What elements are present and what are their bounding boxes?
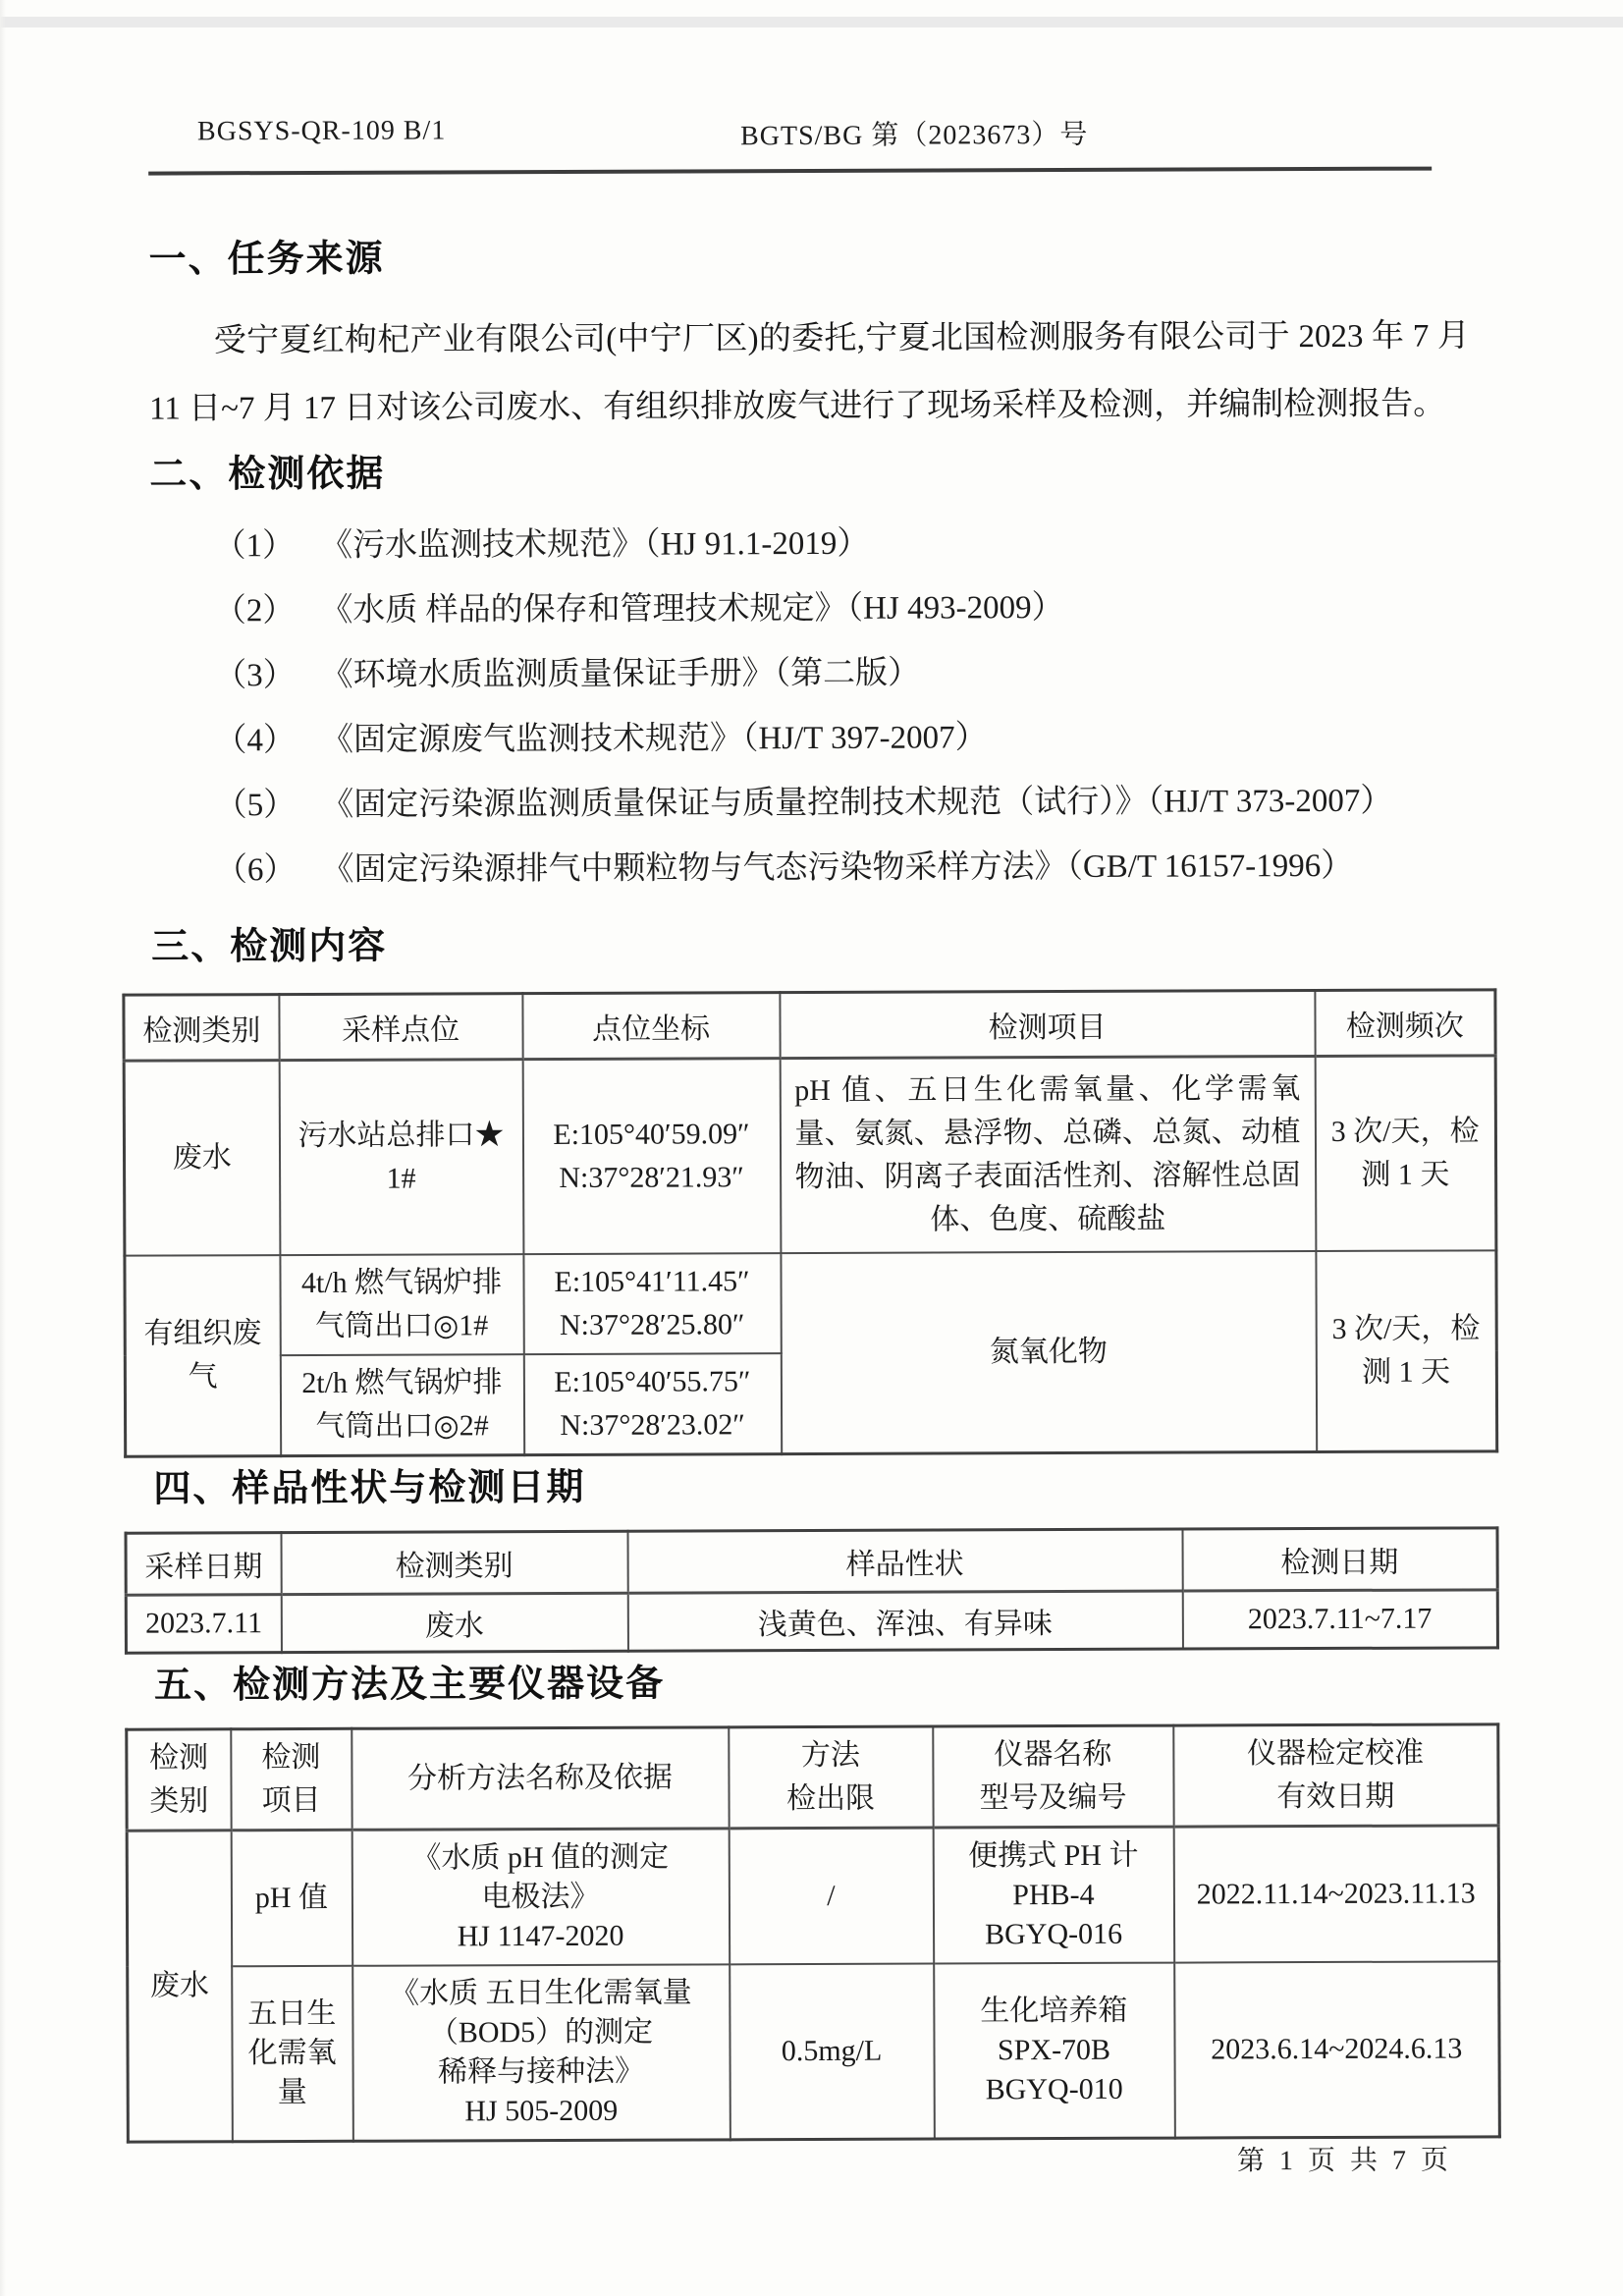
cell-coordinates: E:105°41′11.45″ N:37°28′25.80″ — [523, 1253, 781, 1354]
table-header-row: 检测类别 采样点位 点位坐标 检测项目 检测频次 — [124, 990, 1495, 1061]
cell-sampling-date: 2023.7.11 — [126, 1595, 281, 1654]
cell-calibration-validity: 2022.11.14~2023.11.13 — [1173, 1826, 1499, 1963]
basis-item-text: 《固定污染源监测质量保证与质量控制技术规范（试行）》（HJ/T 373-2007… — [321, 784, 1392, 823]
cell-category: 废水 — [127, 1831, 232, 2142]
basis-item-number: （6） — [215, 850, 297, 890]
cell-character: 浅黄色、浑浊、有异味 — [627, 1591, 1182, 1651]
basis-item-number: （1） — [214, 526, 296, 566]
basis-item: （2）《水质 样品的保存和管理技术规定》（HJ 493-2009） — [214, 586, 1492, 630]
page-number: 第 1 页 共 7 页 — [1237, 2139, 1452, 2179]
header-rule — [148, 167, 1432, 176]
sample-character-table: 采样日期 检测类别 样品性状 检测日期 2023.7.11 废水 浅黄色、浑浊、… — [124, 1526, 1498, 1654]
cell-sampling-point: 2t/h 燃气锅炉排气筒出口◎2# — [280, 1354, 523, 1455]
basis-item: （3）《环境水质监测质量保证手册》（第二版） — [214, 651, 1492, 695]
col-header-coordinates: 点位坐标 — [522, 993, 780, 1060]
cell-test-items: pH 值、五日生化需氧量、化学需氧量、氨氮、悬浮物、总磷、总氮、动植物油、阴离子… — [780, 1057, 1316, 1254]
table-row-ph: 废水 pH 值 《水质 pH 值的测定 电极法》 HJ 1147-2020 / … — [127, 1826, 1499, 1967]
col-header-test-items: 检测项目 — [780, 991, 1315, 1059]
cell-method: 《水质 pH 值的测定 电极法》 HJ 1147-2020 — [352, 1829, 730, 1966]
cell-item: pH 值 — [231, 1830, 352, 1966]
table-header-row: 检测 类别 检测 项目 分析方法名称及依据 方法 检出限 仪器名称 型号及编号 … — [127, 1724, 1498, 1831]
col-header-item: 检测 项目 — [231, 1728, 352, 1830]
cell-instrument: 生化培养箱 SPX-70B BGYQ-010 — [934, 1963, 1175, 2139]
section4-title: 四、样品性状与检测日期 — [153, 1452, 1495, 1511]
basis-item-number: （2） — [214, 591, 296, 630]
document-body: 一、任务来源 受宁夏红枸杞产业有限公司(中宁厂区)的委托,宁夏北国检测服务有限公… — [119, 223, 1497, 2143]
cell-frequency: 3 次/天，检测 1 天 — [1315, 1056, 1496, 1251]
table-row-sample: 2023.7.11 废水 浅黄色、浑浊、有异味 2023.7.11~7.17 — [126, 1590, 1497, 1653]
page-content: BGSYS-QR-109 B/1 BGTS/BG 第（2023673）号 一、任… — [0, 0, 1623, 2296]
cell-test-items: 氮氧化物 — [781, 1251, 1317, 1454]
col-header-instrument: 仪器名称 型号及编号 — [933, 1725, 1173, 1828]
table-row-exhaust-1: 有组织废气 4t/h 燃气锅炉排气筒出口◎1# E:105°41′11.45″ … — [125, 1250, 1496, 1355]
basis-item-text: 《环境水质监测质量保证手册》（第二版） — [321, 656, 921, 693]
col-header-category: 检测类别 — [281, 1531, 627, 1594]
basis-item-number: （4） — [214, 721, 296, 760]
cell-sampling-point: 污水站总排口★ 1# — [279, 1060, 523, 1255]
doc-code: BGSYS-QR-109 B/1 — [197, 115, 446, 147]
cell-test-date: 2023.7.11~7.17 — [1182, 1590, 1497, 1649]
basis-list: （1）《污水监测技术规范》（HJ 91.1-2019） （2）《水质 样品的保存… — [214, 521, 1493, 890]
basis-item: （1）《污水监测技术规范》（HJ 91.1-2019） — [214, 521, 1492, 566]
cell-item: 五日生化需氧量 — [232, 1966, 353, 2142]
cell-detection-limit: / — [729, 1828, 934, 1964]
col-header-sampling-point: 采样点位 — [279, 994, 522, 1061]
report-number: BGTS/BG 第（2023673）号 — [740, 113, 1088, 153]
section3-title: 三、检测内容 — [151, 910, 1493, 969]
cell-method: 《水质 五日生化需氧量 （BOD5）的测定 稀释与接种法》 HJ 505-200… — [352, 1964, 730, 2141]
document-header: BGSYS-QR-109 B/1 BGTS/BG 第（2023673）号 — [0, 111, 1619, 117]
cell-category: 废水 — [281, 1593, 627, 1652]
col-header-calibration-validity: 仪器检定校准 有效日期 — [1173, 1724, 1498, 1827]
section5-title: 五、检测方法及主要仪器设备 — [154, 1649, 1496, 1708]
table-header-row: 采样日期 检测类别 样品性状 检测日期 — [126, 1528, 1497, 1595]
col-header-detection-limit: 方法 检出限 — [729, 1726, 933, 1829]
col-header-category: 检测 类别 — [127, 1729, 231, 1831]
cell-sampling-point: 4t/h 燃气锅炉排气筒出口◎1# — [280, 1254, 523, 1355]
table-row-wastewater: 废水 污水站总排口★ 1# E:105°40′59.09″ N:37°28′21… — [124, 1056, 1496, 1256]
cell-coordinates: E:105°40′55.75″ N:37°28′23.02″ — [523, 1353, 781, 1455]
table-row-bod5: 五日生化需氧量 《水质 五日生化需氧量 （BOD5）的测定 稀释与接种法》 HJ… — [128, 1961, 1500, 2142]
basis-item: （4）《固定源废气监测技术规范》（HJ/T 397-2007） — [214, 716, 1492, 760]
cell-category: 废水 — [124, 1061, 280, 1256]
basis-item-text: 《固定污染源排气中颗粒物与气态污染物采样方法》（GB/T 16157-1996） — [321, 848, 1353, 888]
col-header-character: 样品性状 — [627, 1529, 1182, 1593]
col-header-method-name: 分析方法名称及依据 — [352, 1727, 729, 1830]
basis-item-number: （5） — [215, 786, 297, 825]
cell-coordinates: E:105°40′59.09″ N:37°28′21.93″ — [522, 1059, 781, 1255]
col-header-frequency: 检测频次 — [1315, 990, 1495, 1057]
basis-item-text: 《污水监测技术规范》（HJ 91.1-2019） — [320, 526, 869, 564]
basis-item: （6）《固定污染源排气中颗粒物与气态污染物采样方法》（GB/T 16157-19… — [215, 846, 1493, 890]
col-header-test-date: 检测日期 — [1182, 1528, 1497, 1591]
cell-calibration-validity: 2023.6.14~2024.6.13 — [1174, 1961, 1500, 2138]
basis-item-number: （3） — [214, 656, 296, 695]
col-header-sampling-date: 采样日期 — [126, 1533, 281, 1596]
methods-instruments-table: 检测 类别 检测 项目 分析方法名称及依据 方法 检出限 仪器名称 型号及编号 … — [125, 1722, 1501, 2143]
test-content-table: 检测类别 采样点位 点位坐标 检测项目 检测频次 废水 污水站总排口★ 1# E… — [122, 988, 1498, 1457]
section2-title: 二、检测依据 — [149, 438, 1491, 497]
section1-title: 一、任务来源 — [148, 223, 1490, 282]
cell-instrument: 便携式 PH 计 PHB-4 BGYQ-016 — [933, 1827, 1174, 1963]
cell-detection-limit: 0.5mg/L — [730, 1964, 935, 2140]
section1-paragraph: 受宁夏红枸杞产业有限公司(中宁厂区)的委托,宁夏北国检测服务有限公司于 2023… — [149, 302, 1471, 443]
basis-item-text: 《固定源废气监测技术规范》（HJ/T 397-2007） — [321, 720, 988, 758]
col-header-category: 检测类别 — [124, 995, 279, 1062]
scanned-report-page: BGSYS-QR-109 B/1 BGTS/BG 第（2023673）号 一、任… — [0, 0, 1623, 2296]
basis-item: （5）《固定污染源监测质量保证与质量控制技术规范（试行）》（HJ/T 373-2… — [215, 781, 1493, 825]
basis-item-text: 《水质 样品的保存和管理技术规定》（HJ 493-2009） — [320, 590, 1063, 629]
cell-frequency: 3 次/天，检测 1 天 — [1316, 1250, 1497, 1451]
cell-category: 有组织废气 — [125, 1255, 281, 1456]
